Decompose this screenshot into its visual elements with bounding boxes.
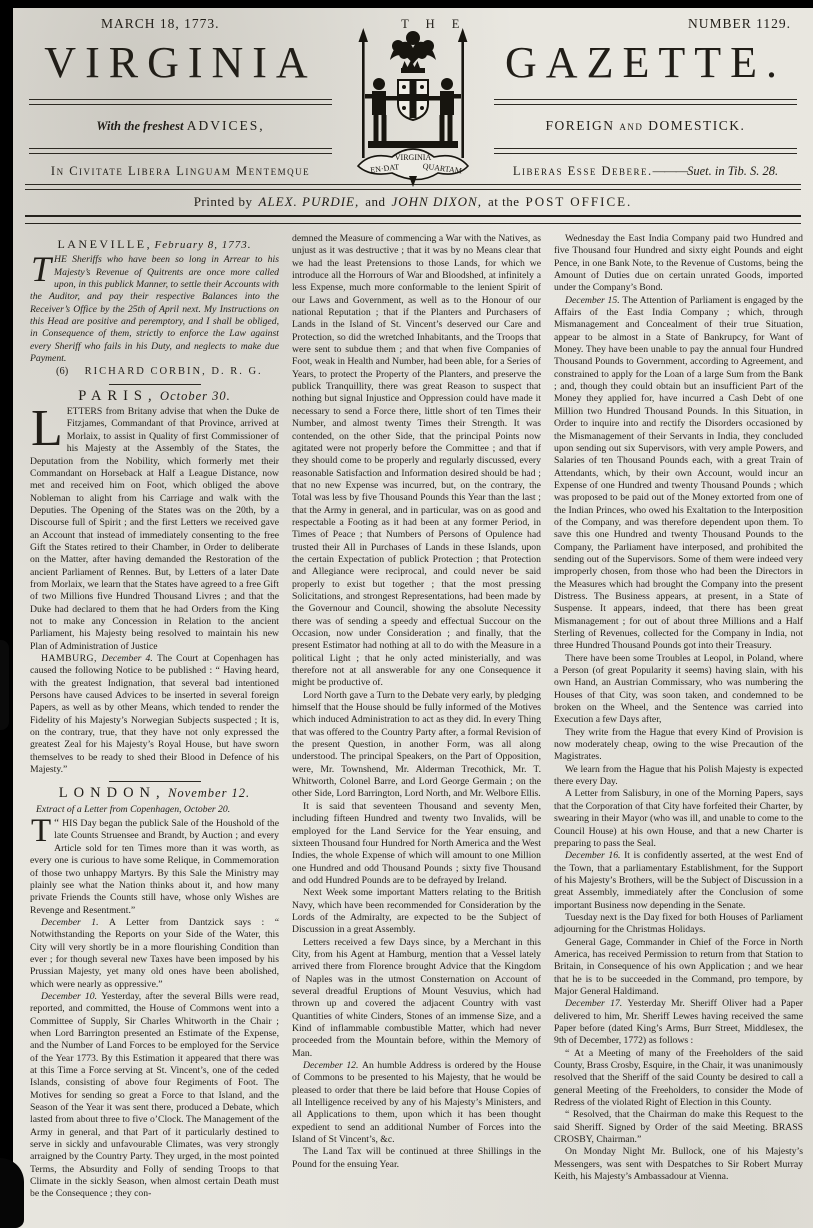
- article-paragraph: “ Resolved, that the Chairman do make th…: [554, 1109, 803, 1146]
- divider-rule: [29, 148, 332, 154]
- scan-edge-mark: [0, 640, 9, 730]
- title-virginia: VIRGINIA: [29, 34, 332, 92]
- section-date: November 12.: [168, 786, 250, 800]
- article-paragraph: A Letter from Salisbury, in one of the M…: [554, 788, 803, 850]
- advices-line: With the freshest ADVICES,: [29, 111, 332, 141]
- article-paragraph: December 16. It is confidently asserted,…: [554, 850, 803, 912]
- issue-number: NUMBER 1129.: [688, 16, 791, 32]
- article-paragraph: December 1. A Letter from Dantzick says …: [30, 917, 279, 991]
- signature-name: RICHARD CORBIN, D. R. G.: [68, 366, 279, 378]
- masthead-left-cell: VIRGINIA With the freshest ADVICES, In C…: [23, 34, 338, 182]
- divider-rule: [29, 99, 332, 105]
- article-paragraph: General Gage, Commander in Chief of the …: [554, 937, 803, 999]
- imprint-prefix: Printed by: [194, 194, 253, 209]
- dateline-date: December 15.: [565, 295, 622, 306]
- printer-name-purdie: ALEX. PURDIE,: [259, 194, 360, 209]
- section-heading: LANEVILLE, February 8, 1773.: [30, 238, 279, 252]
- article-paragraph: December 17. Yesterday Mr. Sheriff Olive…: [554, 998, 803, 1047]
- article-paragraph: Lord North gave a Turn to the Debate ver…: [292, 690, 541, 801]
- drop-cap: T: [30, 254, 54, 282]
- article-paragraph: December 15. The Attention of Parliament…: [554, 295, 803, 653]
- issue-date: MARCH 18, 1773.: [101, 16, 220, 32]
- imprint-post-office: POST OFFICE.: [525, 194, 632, 209]
- section-heading: LONDON, November 12.: [30, 787, 279, 801]
- dateline-place: HAMBURG,: [41, 653, 102, 664]
- dateline-date: December 16.: [565, 850, 624, 861]
- newspaper-page: MARCH 18, 1773. T H E NUMBER 1129. VIRGI…: [0, 0, 813, 1228]
- section-divider-rule: [109, 781, 201, 782]
- column-3: Wednesday the East India Company paid tw…: [554, 233, 803, 1228]
- signature-line: (6)RICHARD CORBIN, D. R. G.: [30, 366, 279, 378]
- crest-banner-top: VIRGINIA: [395, 153, 432, 162]
- dateline-date: December 12.: [303, 1060, 362, 1071]
- section-divider-rule: [109, 384, 201, 385]
- section-place: LONDON,: [59, 785, 166, 801]
- printer-name-dixon: JOHN DIXON,: [392, 194, 482, 209]
- section-date: February 8, 1773.: [155, 239, 252, 251]
- article-paragraph: On Monday Night Mr. Bullock, one of his …: [554, 1146, 803, 1183]
- dateline-date: December 4.: [102, 653, 157, 664]
- dateline-date: December 17.: [565, 998, 627, 1009]
- motto-caps: Liberas Esse Debere.: [513, 164, 653, 178]
- article-columns: LANEVILLE, February 8, 1773.THE Sheriffs…: [13, 224, 813, 1228]
- title-gazette: GAZETTE.: [494, 34, 797, 92]
- latin-motto-left: In Civitate Libera Linguam Mentemque: [29, 160, 332, 182]
- article-paragraph: There have been some Troubles at Leopol,…: [554, 653, 803, 727]
- signature-ref: (6): [56, 366, 68, 378]
- section-place: LANEVILLE,: [57, 237, 152, 251]
- article-paragraph: demned the Measure of commencing a War w…: [292, 233, 541, 690]
- drop-cap: L: [30, 406, 67, 449]
- imprint-and: and: [365, 194, 385, 209]
- divider-rule: [494, 148, 797, 154]
- column-1: LANEVILLE, February 8, 1773.THE Sheriffs…: [30, 233, 279, 1228]
- article-paragraph: THE Sheriffs who have been so long in Ar…: [30, 254, 279, 365]
- article-paragraph: December 12. An humble Address is ordere…: [292, 1060, 541, 1146]
- article-paragraph: HAMBURG, December 4. The Court at Copenh…: [30, 653, 279, 776]
- foreign-domestick-line: FOREIGN and DOMESTICK.: [494, 111, 797, 141]
- drop-cap: T: [30, 817, 54, 844]
- dateline-date: December 1.: [41, 917, 109, 928]
- column-2: demned the Measure of commencing a War w…: [292, 233, 541, 1228]
- section-date: October 30.: [160, 389, 231, 403]
- article-paragraph: Wednesday the East India Company paid tw…: [554, 233, 803, 295]
- article-paragraph: They write from the Hague that every Kin…: [554, 727, 803, 764]
- motto-dash: ———: [653, 164, 688, 178]
- dateline-date: December 10.: [41, 991, 101, 1002]
- article-paragraph: Tuesday next is the Day fixed for both H…: [554, 912, 803, 937]
- extract-line: Extract of a Letter from Copenhagen, Oct…: [30, 804, 279, 816]
- article-paragraph: Next Week some important Matters relatin…: [292, 887, 541, 936]
- article-paragraph: It is said that seventeen Thousand and s…: [292, 801, 541, 887]
- article-paragraph: Letters received a few Days since, by a …: [292, 937, 541, 1060]
- article-paragraph: The Land Tax will be continued at three …: [292, 1146, 541, 1171]
- quote-mark: “: [54, 817, 62, 829]
- imprint-at-the: at the: [488, 194, 520, 209]
- article-paragraph: December 10. Yesterday, after the severa…: [30, 991, 279, 1201]
- advices-script-text: With the freshest: [96, 119, 183, 133]
- article-paragraph: “ THIS Day began the publick Sale of the…: [30, 817, 279, 917]
- article-paragraph: “ At a Meeting of many of the Freeholder…: [554, 1048, 803, 1110]
- virginia-coat-of-arms: EN·DAT VIRGINIA QUARTAM: [338, 24, 488, 196]
- advices-caps-text: ADVICES,: [187, 118, 265, 133]
- motto-citation: Suet. in Tib. S. 28.: [687, 164, 778, 178]
- paper-sheet: MARCH 18, 1773. T H E NUMBER 1129. VIRGI…: [13, 8, 813, 1228]
- masthead: MARCH 18, 1773. T H E NUMBER 1129. VIRGI…: [13, 8, 813, 224]
- masthead-right-cell: GAZETTE. FOREIGN and DOMESTICK. Liberas …: [488, 34, 803, 182]
- latin-motto-right: Liberas Esse Debere.———Suet. in Tib. S. …: [494, 160, 797, 182]
- article-paragraph: We learn from the Hague that his Polish …: [554, 764, 803, 789]
- section-heading: PARIS, October 30.: [30, 390, 279, 404]
- scan-ink-blot: [0, 1158, 24, 1228]
- divider-rule: [494, 99, 797, 105]
- section-place: PARIS,: [78, 388, 157, 404]
- article-paragraph: LETTERS from Britany advise that when th…: [30, 406, 279, 653]
- thick-divider-rule: [25, 215, 801, 224]
